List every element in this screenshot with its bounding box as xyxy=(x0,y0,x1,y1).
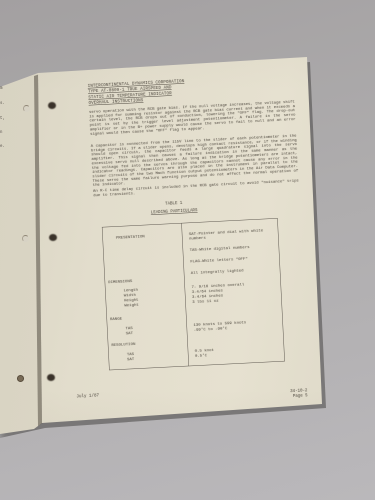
table-body: PRESENTATIONSAT-Pointer and dial with wh… xyxy=(102,219,277,228)
punch-hole-under-sheet xyxy=(17,375,24,382)
row-value: SAT-Pointer and dial with white numbers xyxy=(189,228,275,242)
footer-reference-block: 34-10-2 Page 5 xyxy=(252,388,307,400)
row-value: FLAG-White letters "OFF" xyxy=(190,255,276,264)
punch-hole-under-sheet xyxy=(22,235,29,242)
table-row: SAT-Pointer and dial with white numbers xyxy=(103,228,277,246)
row-value: All integrally lighted xyxy=(191,267,277,276)
punch-hole xyxy=(47,374,55,381)
table-row: TAS-White digital numbers xyxy=(104,244,278,258)
section-rows: SAT-Pointer and dial with white numbersT… xyxy=(103,228,279,287)
section-heading: RANGE xyxy=(110,317,122,322)
paragraph: servo operation with the RCB gate bias. … xyxy=(89,100,296,136)
row-value: TAS-White digital numbers xyxy=(190,244,276,253)
document-page-content: INTERCONTINENTAL DYNAMICS CORPORATIONTYP… xyxy=(38,59,327,424)
table-row: FLAG-White letters "OFF" xyxy=(104,255,278,269)
section-heading: RESOLUTION xyxy=(111,342,135,348)
document-header: INTERCONTINENTAL DYNAMICS CORPORATIONTYP… xyxy=(88,79,186,107)
punch-hole xyxy=(48,102,56,109)
row-label: SAT xyxy=(127,357,134,362)
section-rows: TAS130 knots to 599 knotsSAT-99°C to -90… xyxy=(107,319,281,338)
punch-hole xyxy=(49,234,57,241)
table-section: RANGETAS130 knots to 599 knotsSAT-99°C t… xyxy=(107,308,282,317)
row-label: SAT xyxy=(126,331,133,336)
section-rows: TAS0.5 knotSAT0.5°C xyxy=(109,344,283,363)
body-paragraphs: servo operation with the RCB gate bias. … xyxy=(38,59,310,73)
punch-hole-under-sheet xyxy=(23,105,30,112)
table-section: PRESENTATIONSAT-Pointer and dial with wh… xyxy=(103,228,278,237)
footer-date: July 1/87 xyxy=(76,393,99,399)
row-label: Weight xyxy=(124,303,139,308)
leading-particulars-table: PRESENTATIONSAT-Pointer and dial with wh… xyxy=(102,218,285,370)
